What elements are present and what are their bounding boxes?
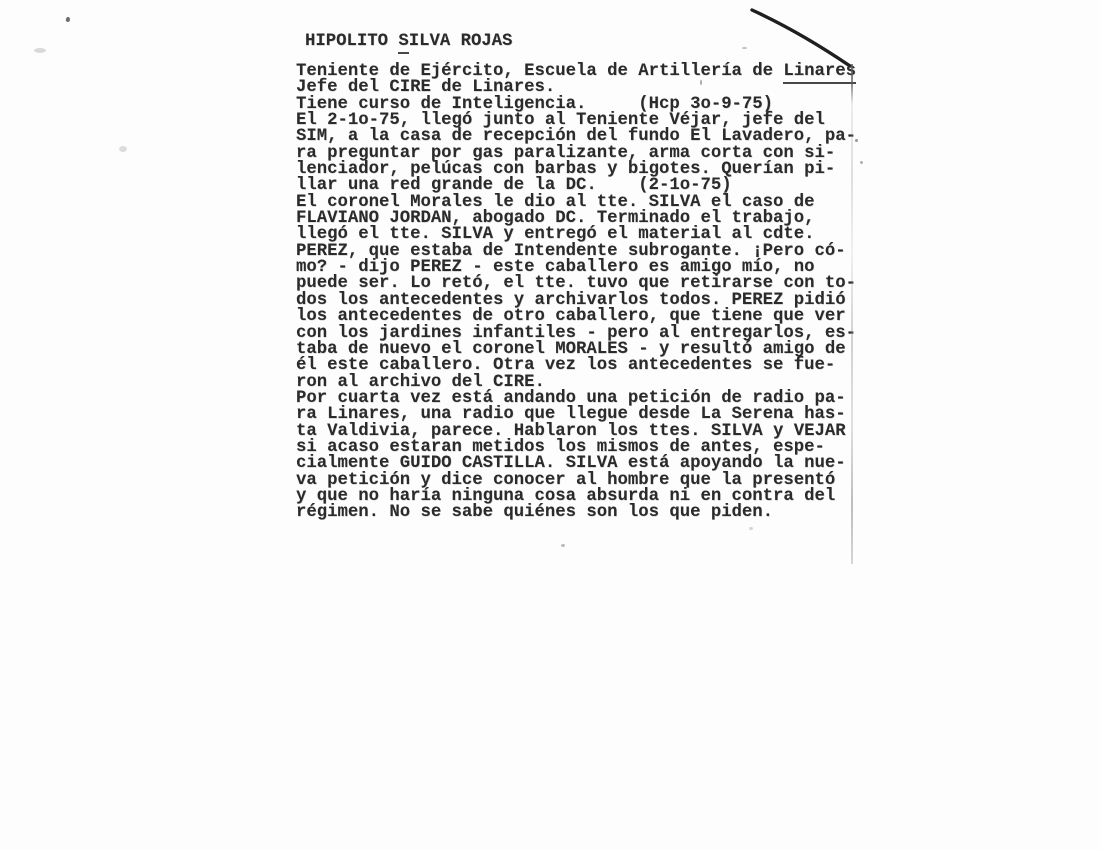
scan-speck bbox=[65, 16, 70, 22]
scan-speck bbox=[749, 527, 753, 530]
scan-speck bbox=[561, 544, 565, 547]
document-lines: Teniente de Ejército, Escuela de Artille… bbox=[296, 64, 856, 522]
scan-speck bbox=[119, 146, 127, 152]
document-title: HIPOLITO SILVA ROJAS bbox=[305, 34, 512, 50]
scan-speck bbox=[700, 80, 702, 85]
text-segment: ILVA ROJAS bbox=[409, 32, 513, 51]
text-segment: HIPOLITO bbox=[305, 32, 398, 51]
scan-speck bbox=[742, 47, 747, 49]
text-segment: régimen. No se sabe quiénes son los que … bbox=[296, 503, 773, 522]
scanned-document-page: HIPOLITO SILVA ROJAS Teniente de Ejércit… bbox=[0, 0, 1100, 850]
underlined-text-segment: S bbox=[398, 32, 408, 54]
text-line: régimen. No se sabe quiénes son los que … bbox=[296, 505, 856, 521]
scan-speck bbox=[34, 48, 46, 53]
scan-speck bbox=[855, 139, 858, 142]
underlined-text-segment: Linares bbox=[783, 62, 856, 84]
scan-speck bbox=[860, 161, 863, 164]
page-fold-line bbox=[851, 64, 853, 564]
